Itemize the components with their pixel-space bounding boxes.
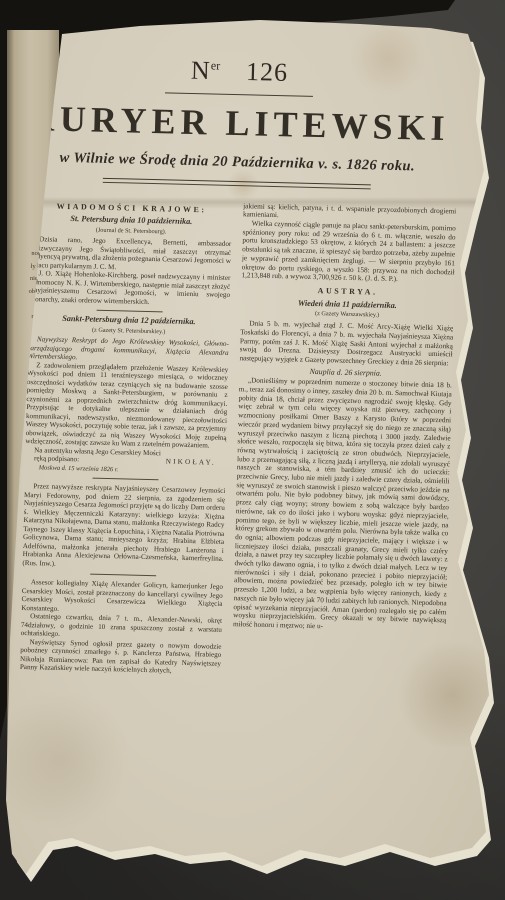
paragraph-body: J. O. Xiążę Hohenloke-Kirchberg, poseł n… — [29, 269, 231, 308]
paragraph-body: Dnia 5 b. m. wyjechał ztąd J. C. Mość Ar… — [239, 319, 453, 368]
edition-dateline: w Wilnie we Środę dnia 20 Października v… — [6, 148, 468, 176]
right-column: jakiemi są: kielich, patyna, i t. d. wsp… — [229, 202, 456, 785]
paragraph-divider — [92, 478, 158, 481]
paragraph-body: Z zadowoleniem przeglądałem przełożenie … — [25, 361, 228, 451]
masthead-double-rule — [103, 177, 371, 189]
signature-name: NIKOŁAY. — [166, 458, 216, 468]
paragraph-body: Assesor kollegialny Xiążę Alexander Goli… — [21, 578, 223, 617]
newspaper-page: Ner126 KURYER LITEWSKI w Wilnie we Środę… — [0, 0, 505, 900]
newspaper-title: KURYER LITEWSKI — [7, 98, 470, 147]
masthead-rule — [165, 92, 313, 97]
paragraph-divider — [90, 574, 156, 577]
paragraph-body: „Donieśliśmy w poprzednim numerze o stoc… — [233, 377, 452, 635]
issue-label: N — [191, 56, 211, 85]
paragraph-body: Dzisia rano, Jego Excellencya, Bernetti,… — [30, 235, 232, 274]
paragraph-body: Wielka czynność ciągle panuje na placu s… — [241, 219, 455, 285]
paragraph-heading: WIADOMOŚCI KRAJOWE: — [31, 202, 232, 215]
article-columns: WIADOMOŚCI KRAJOWE:St. Petersburg dnia 1… — [0, 196, 467, 785]
paragraph-divider — [96, 310, 162, 313]
issue-superscript: er — [211, 58, 221, 72]
masthead: Ner126 KURYER LITEWSKI w Wilnie we Środę… — [6, 44, 471, 191]
paragraph-body: Przez naywyższe reskrypta Nayjaśnieyszey… — [22, 482, 225, 572]
issue-number: Ner126 — [8, 44, 471, 93]
page-content: Ner126 KURYER LITEWSKI w Wilnie we Środę… — [0, 0, 472, 785]
left-column: WIADOMOŚCI KRAJOWE:St. Petersburg dnia 1… — [17, 197, 232, 780]
signature-label: ręką podpisano: — [34, 454, 79, 464]
photo-background: nosłali; dły krajownieniey wobłdowey.mlo… — [0, 0, 505, 900]
paragraph-heading: AUSTRYA. — [241, 285, 454, 299]
paragraph-body: Nayświętszy Synod ogłosił przez gazety o… — [20, 638, 222, 677]
issue-num: 126 — [246, 57, 289, 87]
